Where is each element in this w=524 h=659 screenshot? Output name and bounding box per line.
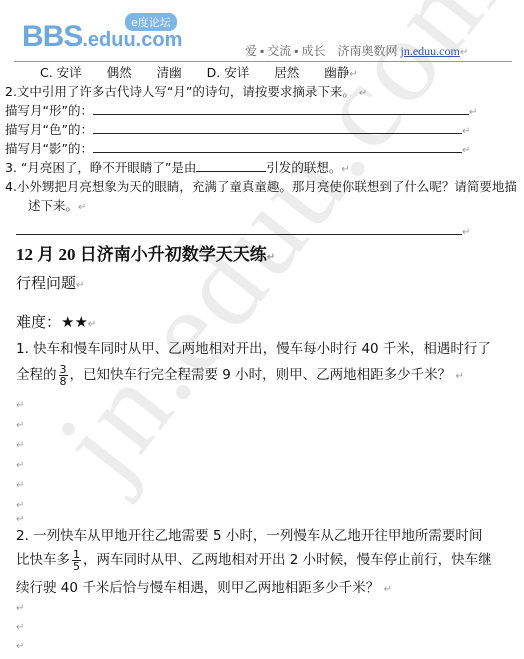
- paragraph-mark-icon: ↵: [16, 477, 24, 495]
- practice-subtitle-text: 行程问题: [16, 274, 76, 292]
- paragraph-mark-icon: ↵: [460, 47, 468, 58]
- question-4: 4.小外甥把月亮想象为天的眼睛，充满了童真童趣。那月亮使你联想到了什么呢？请简要…: [5, 178, 517, 196]
- logo-main: BBS: [22, 20, 82, 53]
- answer-blank[interactable]: [93, 121, 462, 134]
- tagline-text: 爱 ▪ 交流 ▪ 成长 济南奥数网: [245, 44, 401, 58]
- fraction-denominator: 5: [72, 561, 81, 572]
- paragraph-mark-icon: ↵: [462, 227, 470, 238]
- problem-2-line-3: 续行驶 40 千米后恰与慢车相遇，则甲乙两地相距多少千米？ ↵: [16, 579, 392, 599]
- problem-2-line-2: 比快车多15，两车同时从甲、乙两地相对开出 2 小时候，慢车停止前行，快车继: [16, 547, 492, 573]
- q4-line-2: 述下来。: [28, 198, 78, 213]
- option-text: C. 安详 偶然 清幽 D. 安详 居然 幽静: [40, 65, 349, 80]
- practice-subtitle: 行程问题↵: [16, 272, 84, 297]
- question-3: 3. “月亮困了，睁不开眼睛了”是由引发的联想。↵: [5, 159, 350, 179]
- difficulty-label: 难度：: [16, 313, 61, 331]
- answer-blank[interactable]: [93, 140, 462, 153]
- paragraph-mark-icon: ↵: [349, 69, 357, 80]
- paragraph-mark-icon: ↵: [76, 280, 84, 291]
- site-link[interactable]: jn.eduu.com: [401, 44, 460, 58]
- paragraph-mark-icon: ↵: [462, 145, 470, 156]
- answer-blank[interactable]: [93, 102, 469, 115]
- problem-1-text: 全程的: [16, 367, 57, 383]
- page-header: BBS.eduu.com e度论坛 爱 ▪ 交流 ▪ 成长 济南奥数网 jn.e…: [0, 0, 524, 62]
- fraction: 38: [59, 364, 68, 387]
- paragraph-mark-icon: ↵: [16, 417, 24, 435]
- star-icon: ★★: [61, 313, 88, 331]
- q2-item-shape: 描写月“形”的：↵: [5, 102, 477, 122]
- paragraph-mark-icon: ↵: [359, 88, 367, 99]
- problem-1-line-2: 全程的38，已知快车行完全程需要 9 小时，则甲、乙两地相距多少千米？ ↵: [16, 362, 464, 390]
- q2-item-color: 描写月“色”的：↵: [5, 121, 470, 141]
- problem-2-text: 比快车多: [16, 552, 70, 568]
- q3-text-after: 引发的联想。: [266, 160, 341, 175]
- paragraph-mark-icon: ↵: [267, 252, 275, 263]
- paragraph-mark-icon: ↵: [16, 638, 24, 656]
- fraction: 15: [72, 549, 81, 572]
- logo-domain: .eduu.com: [82, 29, 182, 51]
- paragraph-mark-icon: ↵: [462, 126, 470, 137]
- paragraph-mark-icon: ↵: [78, 202, 86, 213]
- problem-1-line-1: 1. 快车和慢车同时从甲、乙两地相对开出，慢车每小时行 40 千米，相遇时行了: [16, 340, 491, 358]
- paragraph-mark-icon: ↵: [341, 164, 349, 175]
- bbs-eduu-logo[interactable]: BBS.eduu.com e度论坛: [22, 20, 182, 54]
- logo-badge: e度论坛: [125, 13, 177, 31]
- problem-2-text: ，两车同时从甲、乙两地相对开出 2 小时候，慢车停止前行，快车继: [83, 552, 492, 568]
- paragraph-mark-icon: ↵: [16, 619, 24, 637]
- paragraph-mark-icon: ↵: [16, 457, 24, 475]
- paragraph-mark-icon: ↵: [469, 107, 477, 118]
- q2-item-shadow: 描写月“影”的：↵: [5, 140, 470, 160]
- paragraph-mark-icon: ↵: [16, 437, 24, 455]
- problem-2-text: 续行驶 40 千米后恰与慢车相遇，则甲乙两地相距多少千米？: [16, 580, 379, 596]
- paragraph-mark-icon: ↵: [455, 371, 463, 382]
- paragraph-mark-icon: ↵: [16, 397, 24, 415]
- paragraph-mark-icon: ↵: [384, 584, 392, 595]
- fraction-numerator: 1: [72, 549, 81, 561]
- fraction-denominator: 8: [59, 376, 68, 387]
- q2-item-label: 描写月“形”的：: [5, 103, 93, 118]
- paragraph-mark-icon: ↵: [16, 600, 24, 618]
- problem-1-text: 1. 快车和慢车同时从甲、乙两地相对开出，慢车每小时行 40 千米，相遇时行了: [16, 341, 491, 357]
- q4-answer-line: ↵: [16, 222, 470, 242]
- q2-item-label: 描写月“影”的：: [5, 141, 93, 156]
- answer-blank[interactable]: [16, 222, 462, 235]
- practice-title: 12 月 20 日济南小升初数学天天练↵: [16, 244, 275, 269]
- header-divider: [14, 61, 512, 62]
- q3-text-before: 3. “月亮困了，睁不开眼睛了”是由: [5, 160, 196, 175]
- problem-2-line-1: 2. 一列快车从甲地开往乙地需要 5 小时，一列慢车从乙地开往甲地所需要时间: [16, 527, 482, 545]
- q2-item-label: 描写月“色”的：: [5, 122, 93, 137]
- fraction-numerator: 3: [59, 364, 68, 376]
- question-2-text: 2.文中引用了许多古代诗人写“月”的诗句，请按要求摘录下来。: [5, 84, 355, 99]
- paragraph-mark-icon: ↵: [88, 319, 96, 330]
- question-2: 2.文中引用了许多古代诗人写“月”的诗句，请按要求摘录下来。 ↵: [5, 83, 367, 103]
- practice-title-text: 12 月 20 日济南小升初数学天天练: [16, 245, 267, 264]
- q4-line-1: 4.小外甥把月亮想象为天的眼睛，充满了童真童趣。那月亮使你联想到了什么呢？请简要…: [5, 179, 517, 194]
- option-line: C. 安详 偶然 清幽 D. 安详 居然 幽静↵: [40, 64, 358, 84]
- answer-blank[interactable]: [196, 159, 266, 172]
- difficulty-row: 难度：★★↵: [16, 311, 96, 336]
- question-4-cont: 述下来。↵: [28, 197, 86, 217]
- header-tagline: 爱 ▪ 交流 ▪ 成长 济南奥数网 jn.eduu.com↵: [245, 42, 468, 59]
- problem-1-text: ，已知快车行完全程需要 9 小时，则甲、乙两地相距多少千米？: [70, 367, 452, 383]
- problem-2-text: 2. 一列快车从甲地开往乙地需要 5 小时，一列慢车从乙地开往甲地所需要时间: [16, 528, 482, 544]
